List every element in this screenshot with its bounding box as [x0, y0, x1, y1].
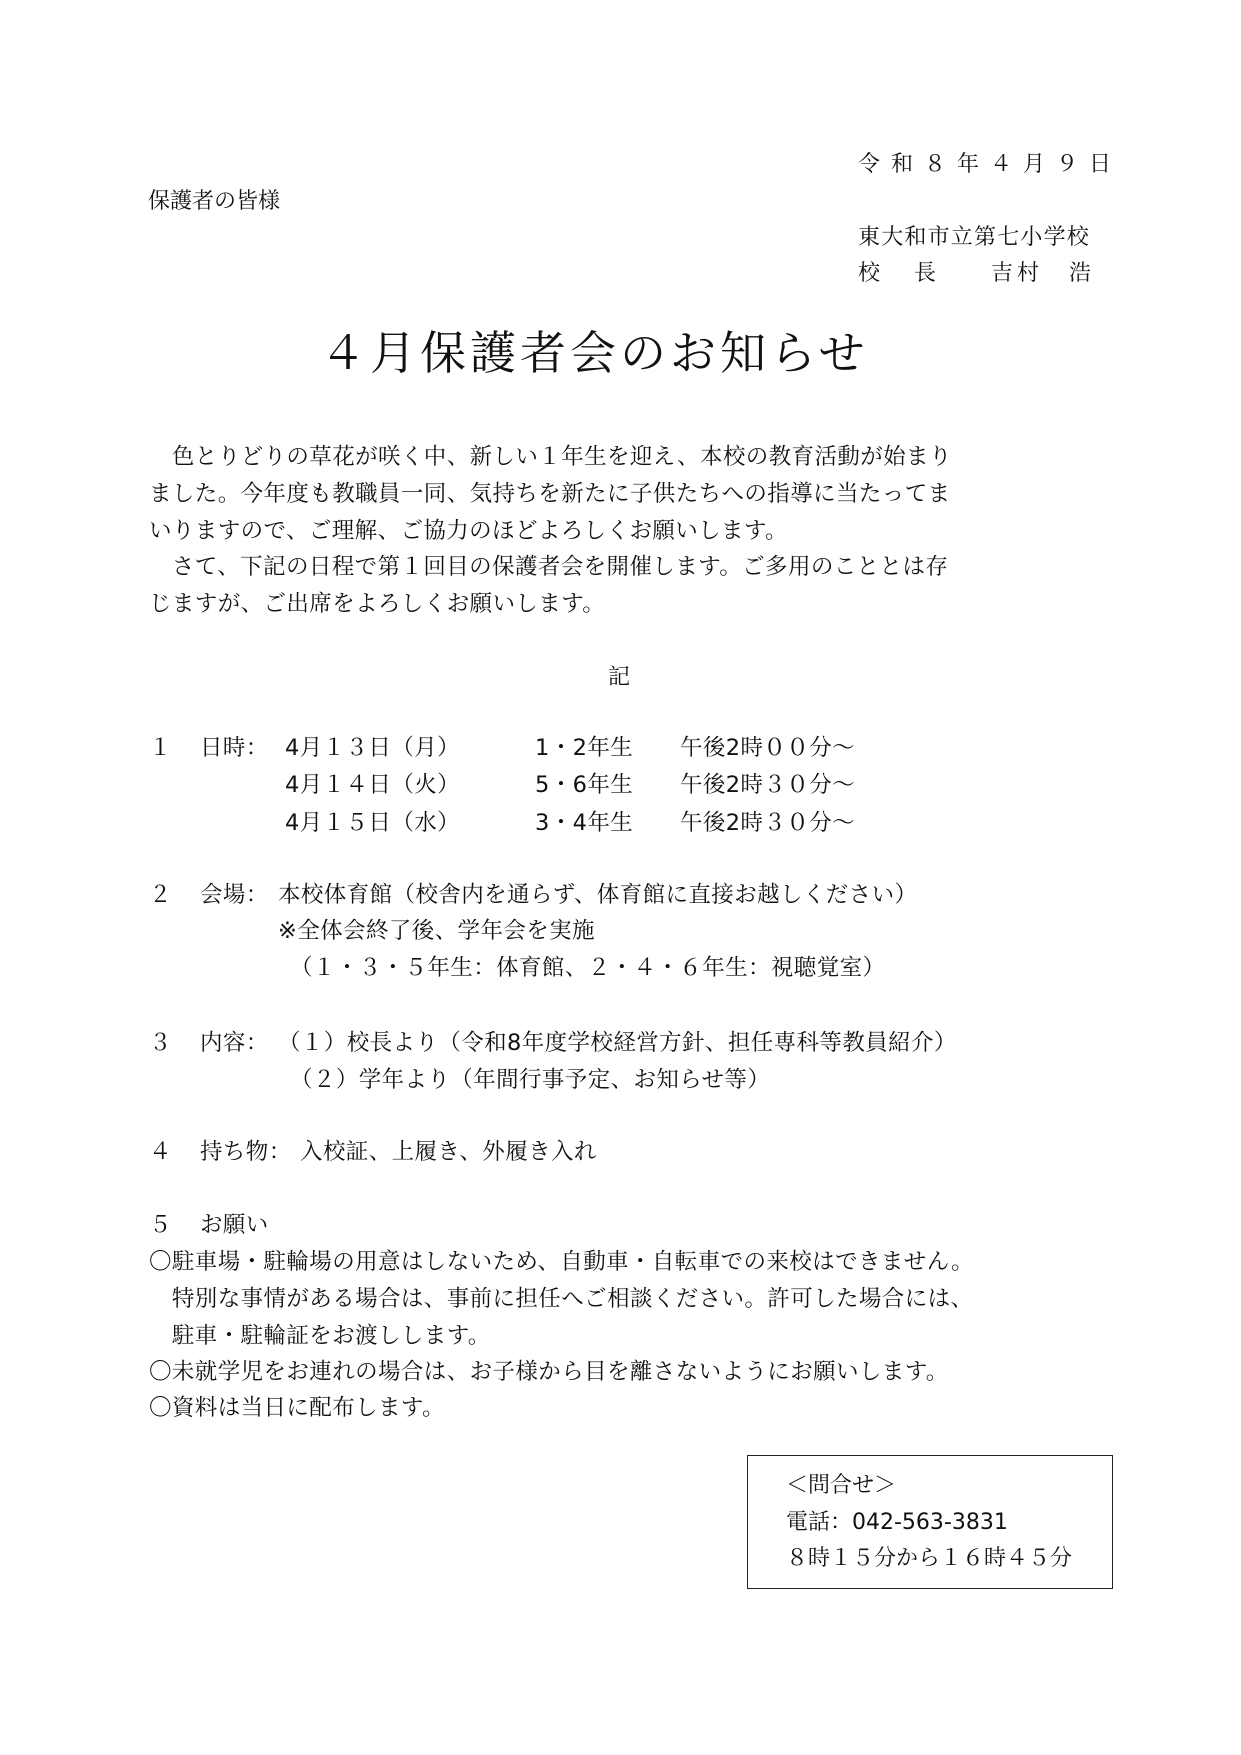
intro-line: さて、下記の日程で第１回目の保護者会を開催します。ご多用のこととは存: [149, 556, 948, 579]
item5-number: ５: [149, 1214, 172, 1237]
intro-line: じますが、ご出席をよろしくお願いします。: [149, 593, 605, 616]
page-title: ４月保護者会のお知らせ: [320, 330, 869, 376]
principal-name: 吉村 浩: [991, 263, 1095, 285]
item4-number: ４: [149, 1141, 172, 1164]
schedule-grades: 5・6年生: [535, 774, 633, 797]
content-line: （１）校長より（令和8年度学校経営方針、担任専科等教員紹介）: [278, 1032, 957, 1055]
document-date: 令和８年４月９日: [858, 154, 1122, 176]
request-line: 駐車・駐輪証をお渡しします。: [149, 1325, 491, 1348]
content-line: （２）学年より（年間行事予定、お知らせ等）: [290, 1069, 770, 1092]
intro-line: ました。今年度も教職員一同、気持ちを新たに子供たちへの指導に当たってま: [149, 483, 951, 506]
belongings-text: 入校証、上履き、外履き入れ: [300, 1141, 597, 1164]
contact-phone: 電話：042-563-3831: [786, 1512, 1008, 1534]
schedule-grades: 1・2年生: [535, 737, 633, 760]
school-name: 東大和市立第七小学校: [858, 227, 1090, 249]
contact-box: ＜問合せ＞ 電話：042-563-3831 ８時１５分から１６時４５分: [747, 1455, 1113, 1589]
schedule-date: 4月１３日（月）: [285, 737, 460, 760]
schedule-time: 午後2時３０分～: [680, 774, 855, 797]
principal-title: 校 長: [858, 263, 942, 285]
request-line: 〇資料は当日に配布します。: [149, 1397, 445, 1420]
venue-text: 本校体育館（校舎内を通らず、体育館に直接お越しください）: [278, 884, 917, 907]
venue-detail: （１・３・５年生：体育館、２・４・６年生：視聴覚室）: [290, 957, 885, 980]
request-line: 〇未就学児をお連れの場合は、お子様から目を離さないようにお願いします。: [149, 1361, 949, 1384]
intro-line: いりますので、ご理解、ご協力のほどよろしくお願いします。: [149, 520, 788, 543]
item5-label: お願い: [200, 1214, 269, 1237]
schedule-grades: 3・4年生: [535, 812, 633, 835]
item3-number: ３: [149, 1032, 172, 1055]
schedule-date: 4月１５日（水）: [285, 812, 460, 835]
item2-number: ２: [149, 884, 172, 907]
venue-note: ※全体会終了後、学年会を実施: [278, 920, 595, 943]
ki-heading: 記: [608, 667, 630, 689]
request-line: 〇駐車場・駐輪場の用意はしないため、自動車・自転車での来校はできません。: [149, 1251, 974, 1274]
recipient: 保護者の皆様: [148, 191, 280, 213]
item2-label: 会場：: [200, 884, 269, 907]
contact-hours: ８時１５分から１６時４５分: [786, 1548, 1072, 1570]
request-line: 特別な事情がある場合は、事前に担任へご相談ください。許可した場合には、: [149, 1288, 973, 1311]
schedule-time: 午後2時３０分～: [680, 812, 855, 835]
schedule-date: 4月１４日（火）: [285, 774, 460, 797]
intro-line: 色とりどりの草花が咲く中、新しい１年生を迎え、本校の教育活動が始まり: [149, 446, 952, 469]
item4-label: 持ち物：: [200, 1141, 292, 1164]
schedule-time: 午後2時００分～: [680, 737, 855, 760]
item1-number: １: [149, 737, 172, 760]
item3-label: 内容：: [200, 1032, 269, 1055]
item1-label: 日時：: [200, 737, 269, 760]
contact-heading: ＜問合せ＞: [786, 1475, 896, 1497]
